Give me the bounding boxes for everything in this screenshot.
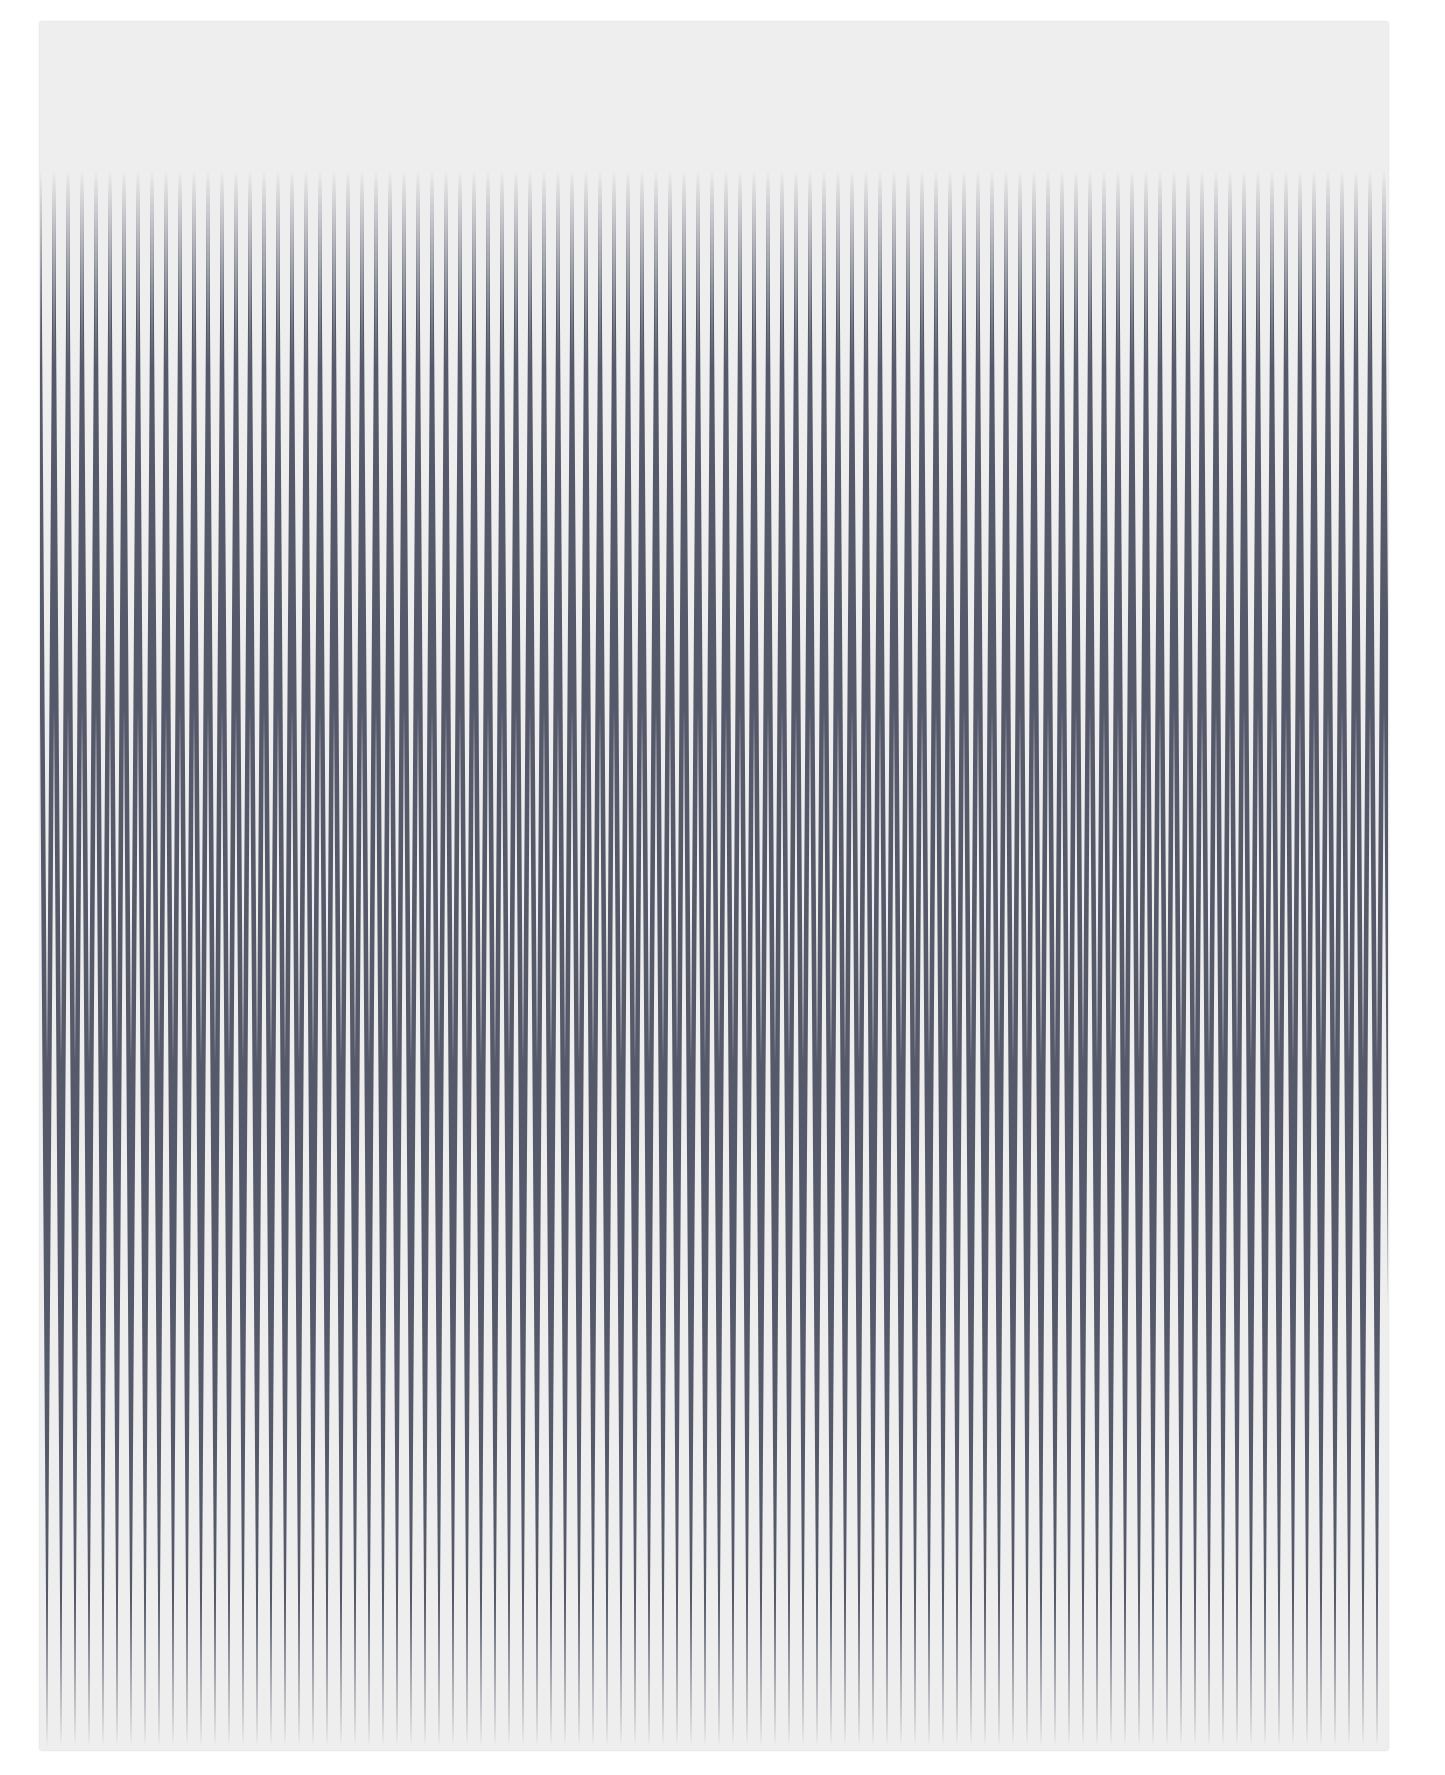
braid-bottom-edge <box>40 22 1388 1750</box>
rug <box>40 22 1388 1750</box>
